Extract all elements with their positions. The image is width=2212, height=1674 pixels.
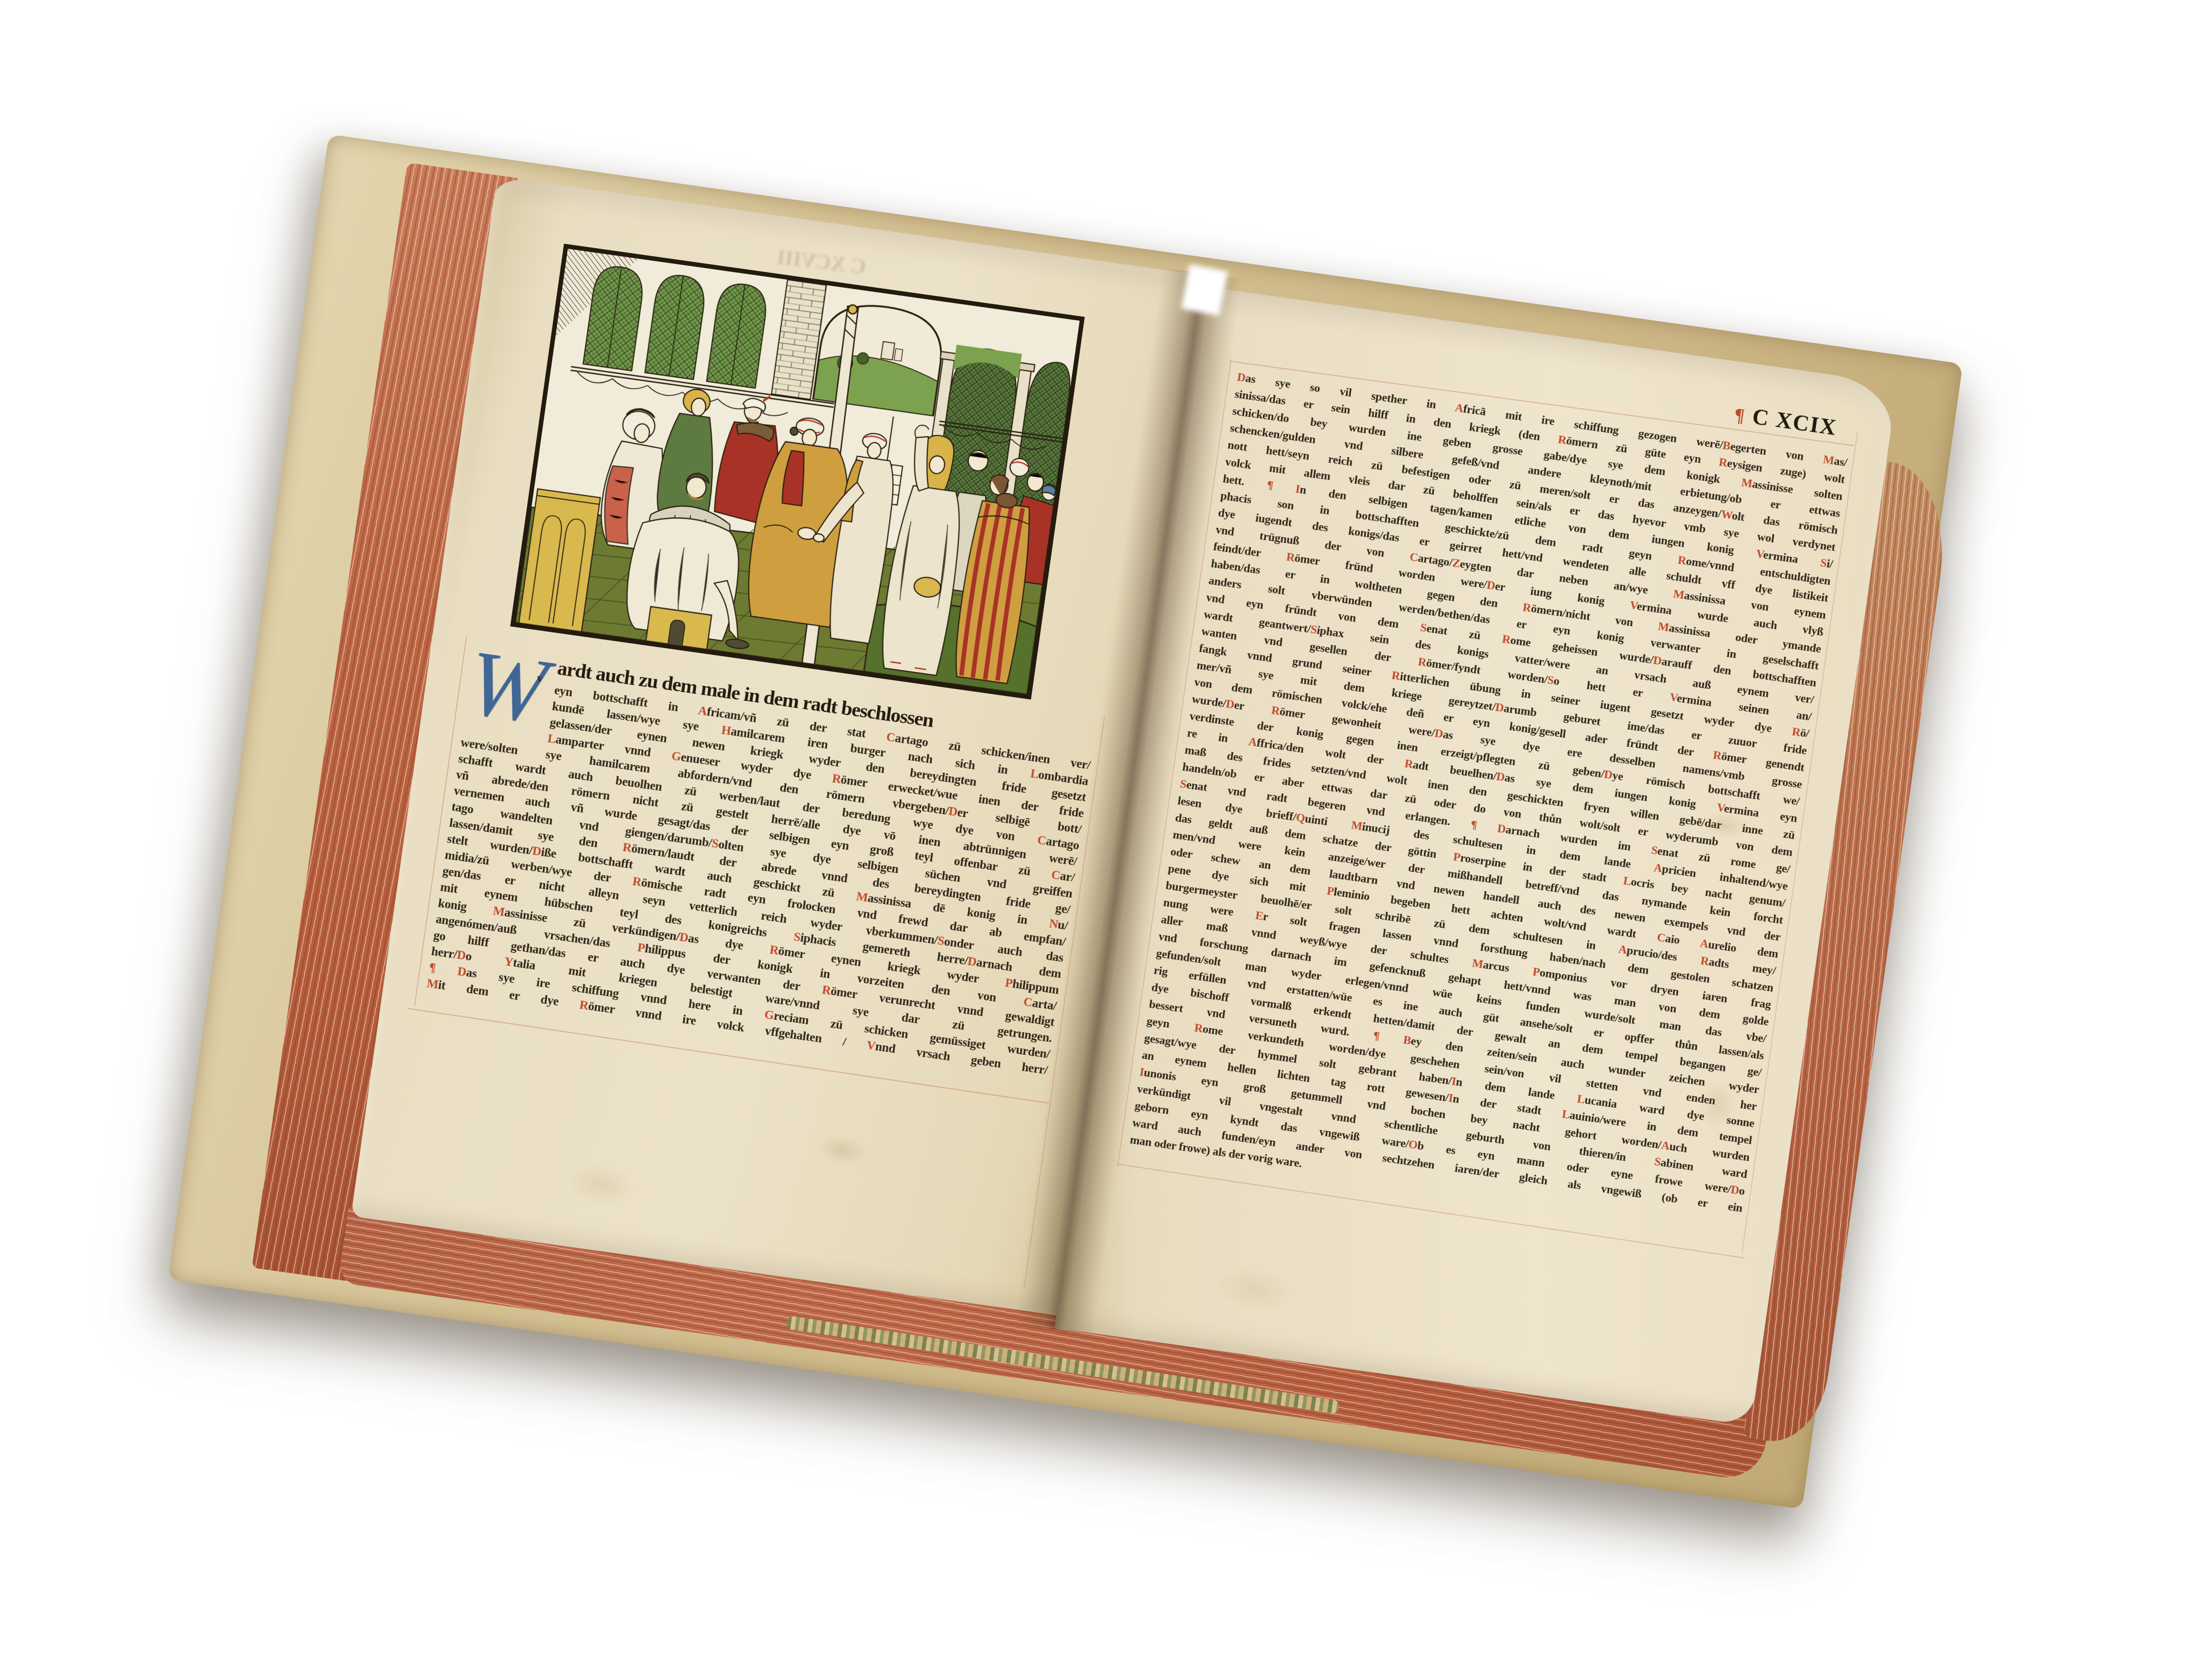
right-page: ¶C XCIX Das sye so vil spether in Africā… [1054,286,1897,1426]
foxing-stain [804,1125,881,1175]
folio-number: ¶C XCIX [1733,400,1838,440]
open-book: C XCVIII [208,145,1971,1494]
folio-roman-numeral: C XCIX [1751,404,1838,440]
right-page-text: Das sye so vil spether in Africā mit ire… [1129,368,1848,1234]
pilcrow-icon: ¶ [1733,405,1747,427]
photograph-background: C XCVIII [0,0,2212,1674]
foxing-stain [548,1148,654,1220]
left-page-text: W v ardt auch zu dem male in dem radt be… [426,641,1096,1078]
woodcut-scene [516,249,1080,694]
foxing-stain [1193,1250,1318,1329]
illuminated-initial: W [461,644,554,730]
left-page: C XCVIII [351,176,1203,1315]
woodcut-illustration [510,244,1085,699]
